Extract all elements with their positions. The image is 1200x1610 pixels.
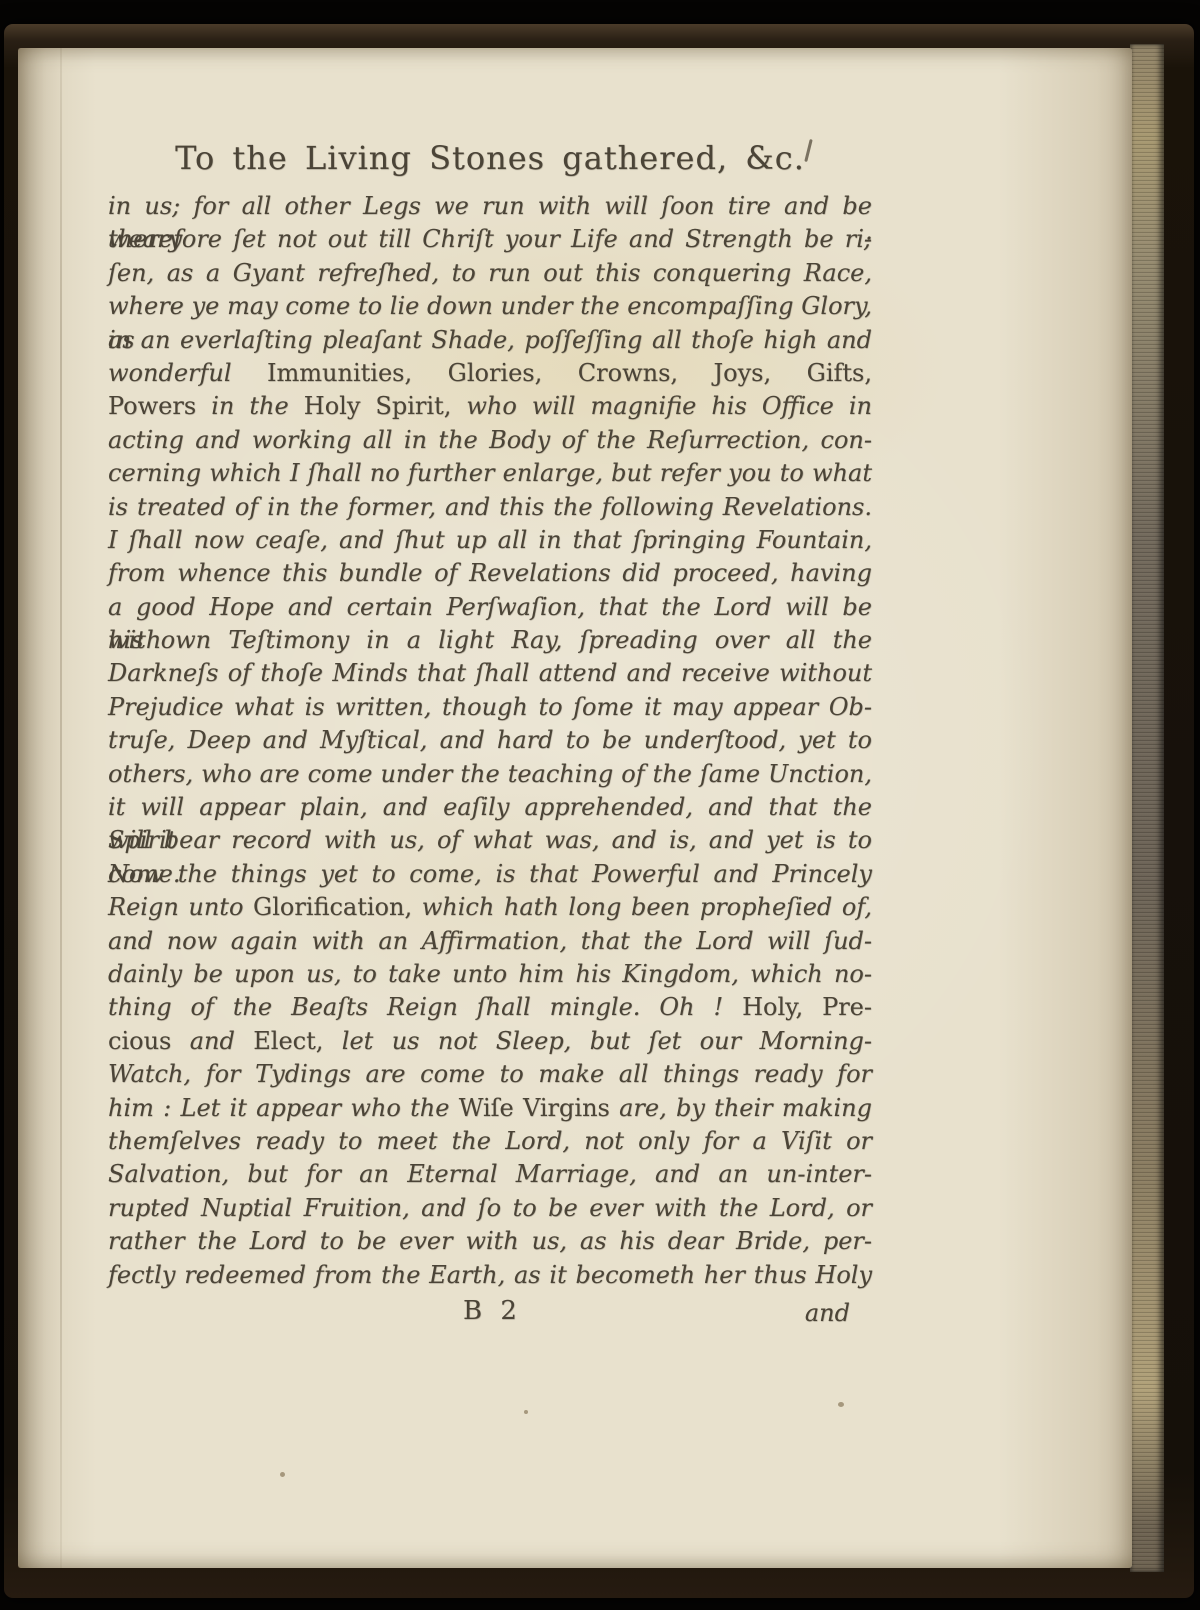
- text-line: where ye may come to lie down under the …: [108, 290, 872, 323]
- text-line: ſen, as a Gyant refreſhed, to run out th…: [108, 257, 872, 290]
- roman-text-segment: Holy, Pre-: [742, 993, 872, 1021]
- catchword: and: [805, 1296, 850, 1330]
- roman-text-segment: Wiſe Virgins: [459, 1094, 619, 1122]
- italic-text-segment: acting and working all in the Body of th…: [108, 426, 872, 454]
- text-line: is treated of in the former, and this th…: [108, 491, 872, 524]
- text-line: cious and Elect, let us not Sleep, but ſ…: [108, 1025, 872, 1058]
- italic-text-segment: who will magnifie his Office in: [466, 392, 872, 420]
- text-line: Prejudice what is written, though to ſom…: [108, 691, 872, 724]
- text-line: Darkneſs of thoſe Minds that ſhall atten…: [108, 657, 872, 690]
- italic-text-segment: Salvation, but for an Eternal Marriage, …: [108, 1160, 872, 1188]
- italic-text-segment: and now again with an Affirmation, that …: [108, 927, 872, 955]
- text-line: I ſhall now ceaſe, and ſhut up all in th…: [108, 524, 872, 557]
- italic-text-segment: rather the Lord to be ever with us, as h…: [108, 1227, 872, 1255]
- text-line: rupted Nuptial Fruition, and ſo to be ev…: [108, 1192, 872, 1225]
- italic-text-segment: his own Teſtimony in a light Ray, ſpread…: [108, 626, 872, 654]
- text-line: Powers in the Holy Spirit, who will magn…: [108, 390, 872, 423]
- italic-text-segment: wonderful: [108, 359, 267, 387]
- roman-text-segment: Immunities, Glories, Crowns, Joys, Gifts…: [267, 359, 872, 387]
- roman-text-segment: cious: [108, 1027, 190, 1055]
- text-line: truſe, Deep and Myſtical, and hard to be…: [108, 724, 872, 757]
- text-line: thing of the Beaſts Reign ſhall mingle. …: [108, 991, 872, 1024]
- italic-text-segment: which hath long been propheſied of,: [422, 893, 872, 921]
- text-line: Now the things yet to come, is that Powe…: [108, 858, 872, 891]
- roman-text-segment: Elect,: [253, 1027, 342, 1055]
- page-fore-edge-stack: [1130, 44, 1164, 1572]
- text-line: others, who are come under the teaching …: [108, 758, 872, 791]
- text-line: dainly be upon us, to take unto him his …: [108, 958, 872, 991]
- italic-text-segment: is treated of in the former, and this th…: [108, 493, 872, 521]
- italic-text-segment: ſen, as a Gyant refreſhed, to run out th…: [108, 259, 872, 287]
- text-line: will bear record with us, of what was, a…: [108, 824, 872, 857]
- text-line: Watch, for Tydings are come to make all …: [108, 1058, 872, 1091]
- text-line: wonderful Immunities, Glories, Crowns, J…: [108, 357, 872, 390]
- italic-text-segment: others, who are come under the teaching …: [108, 760, 872, 788]
- text-line: therefore ſet not out till Chriſt your L…: [108, 223, 872, 256]
- italic-text-segment: dainly be upon us, to take unto him his …: [108, 960, 872, 988]
- italic-text-segment: fectly redeemed from the Earth, as it be…: [108, 1261, 872, 1289]
- text-line: a good Hope and certain Perſwaſion, that…: [108, 591, 872, 624]
- text-line: from whence this bundle of Revelations d…: [108, 557, 872, 590]
- text-line: Salvation, but for an Eternal Marriage, …: [108, 1158, 872, 1191]
- ink-speck: [838, 1402, 844, 1407]
- page-footer: B 2 and: [108, 1296, 872, 1332]
- body-text: in us; for all other Legs we run with wi…: [108, 190, 872, 1292]
- gutter-crease: [18, 48, 78, 1568]
- signature-mark: B 2: [463, 1296, 517, 1326]
- italic-text-segment: Reign unto: [108, 893, 253, 921]
- italic-text-segment: and: [190, 1027, 254, 1055]
- italic-text-segment: rupted Nuptial Fruition, and ſo to be ev…: [108, 1194, 872, 1222]
- italic-text-segment: I ſhall now ceaſe, and ſhut up all in th…: [108, 526, 872, 554]
- roman-text-segment: Powers: [108, 392, 211, 420]
- text-line: in an everlaſting pleaſant Shade, poſſeſ…: [108, 324, 872, 357]
- text-line: his own Teſtimony in a light Ray, ſpread…: [108, 624, 872, 657]
- italic-text-segment: therefore ſet not out till Chriſt your L…: [108, 225, 872, 253]
- italic-text-segment: Darkneſs of thoſe Minds that ſhall atten…: [108, 659, 872, 687]
- scanned-book-page: To the Living Stones gathered, &c. in us…: [0, 0, 1200, 1610]
- text-line: rather the Lord to be ever with us, as h…: [108, 1225, 872, 1258]
- roman-text-segment: Glorification,: [253, 893, 422, 921]
- text-line: and now again with an Affirmation, that …: [108, 925, 872, 958]
- ink-speck: [524, 1410, 528, 1414]
- italic-text-segment: themſelves ready to meet the Lord, not o…: [108, 1127, 872, 1155]
- text-line: acting and working all in the Body of th…: [108, 424, 872, 457]
- italic-text-segment: Watch, for Tydings are come to make all …: [108, 1060, 872, 1088]
- text-line: Reign unto Glorification, which hath lon…: [108, 891, 872, 924]
- italic-text-segment: from whence this bundle of Revelations d…: [108, 559, 872, 587]
- italic-text-segment: are, by their making: [619, 1094, 872, 1122]
- running-header: To the Living Stones gathered, &c.: [108, 136, 872, 180]
- text-line: it will appear plain, and eaſily apprehe…: [108, 791, 872, 824]
- italic-text-segment: let us not Sleep, but ſet our Morning-: [342, 1027, 872, 1055]
- italic-text-segment: thing of the Beaſts Reign ſhall mingle. …: [108, 993, 742, 1021]
- italic-text-segment: Now the things yet to come, is that Powe…: [108, 860, 872, 888]
- italic-text-segment: truſe, Deep and Myſtical, and hard to be…: [108, 726, 872, 754]
- text-line: cerning which I ſhall no further enlarge…: [108, 457, 872, 490]
- text-line: him : Let it appear who the Wiſe Virgins…: [108, 1092, 872, 1125]
- italic-text-segment: him : Let it appear who the: [108, 1094, 459, 1122]
- text-line: fectly redeemed from the Earth, as it be…: [108, 1259, 872, 1292]
- roman-text-segment: Holy Spirit,: [304, 392, 467, 420]
- ink-speck: [280, 1472, 285, 1477]
- italic-text-segment: Prejudice what is written, though to ſom…: [108, 693, 872, 721]
- text-line: in us; for all other Legs we run with wi…: [108, 190, 872, 223]
- text-line: themſelves ready to meet the Lord, not o…: [108, 1125, 872, 1158]
- italic-text-segment: in an everlaſting pleaſant Shade, poſſeſ…: [108, 326, 872, 354]
- italic-text-segment: in the: [211, 392, 304, 420]
- italic-text-segment: cerning which I ſhall no further enlarge…: [108, 459, 872, 487]
